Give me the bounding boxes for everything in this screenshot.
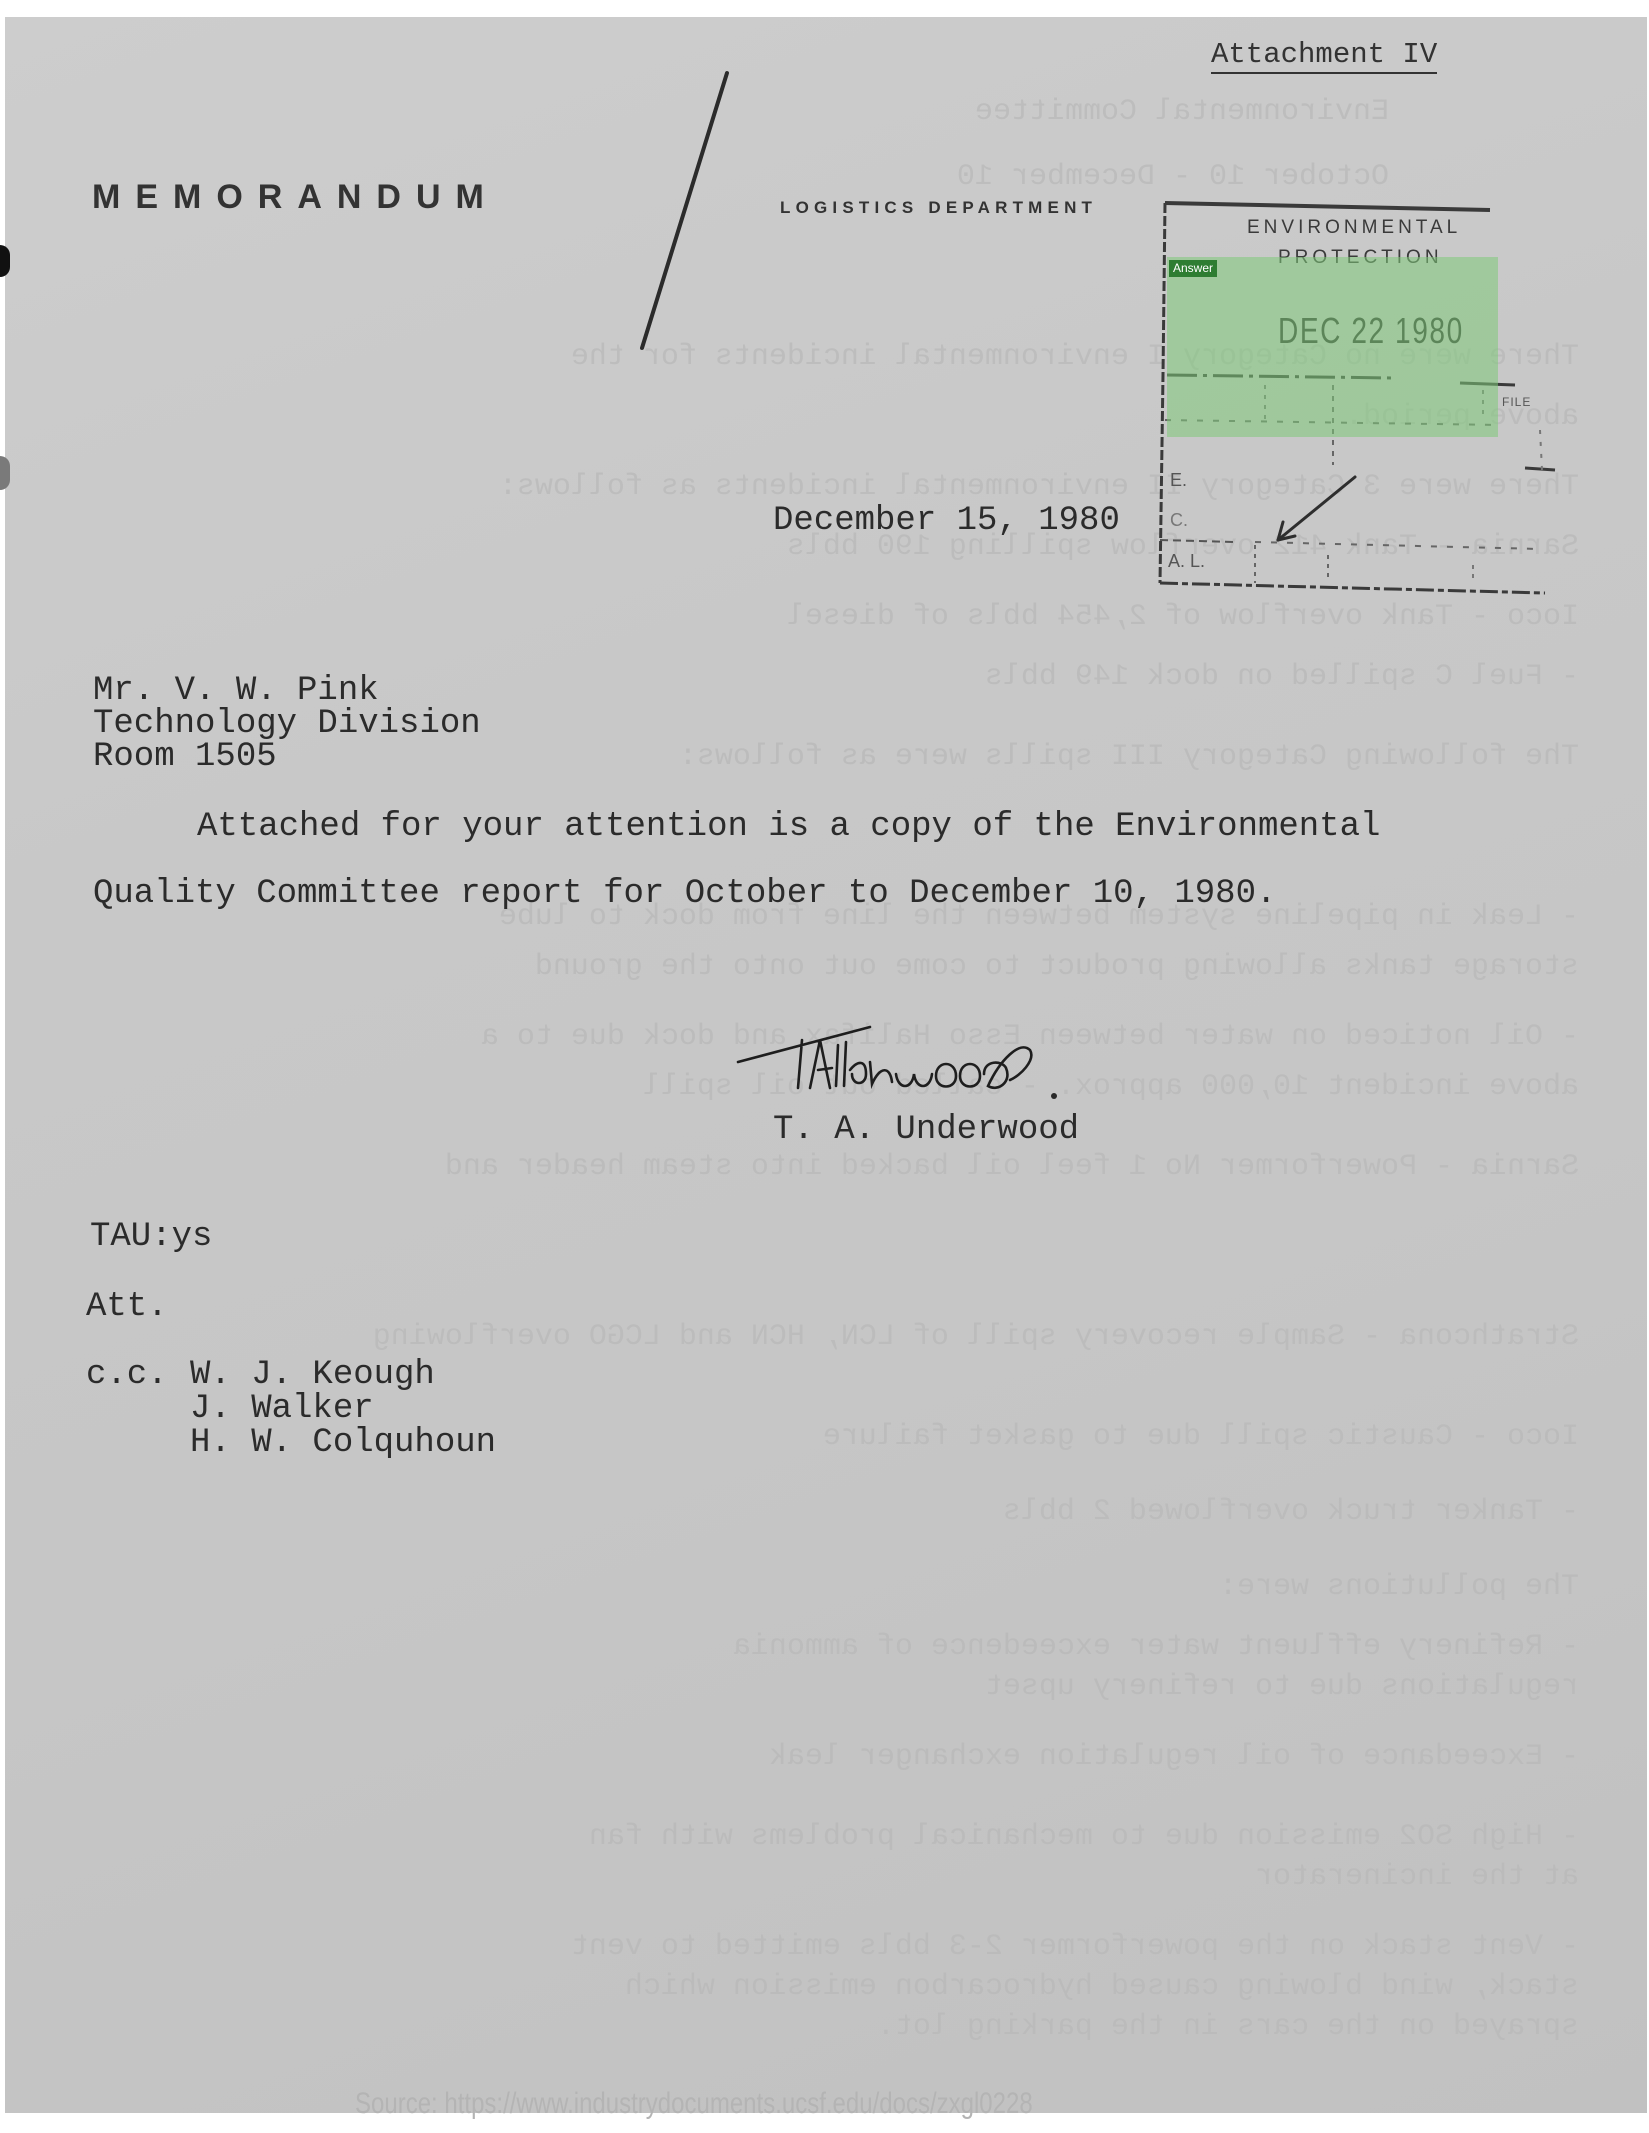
signatory-name: T. A. Underwood	[773, 1113, 1079, 1147]
body-line-1: Attached for your attention is a copy of…	[197, 810, 1380, 844]
recipient-room: Room 1505	[93, 740, 277, 774]
source-footer: Source: https://www.industrydocuments.uc…	[355, 2087, 1033, 2121]
stamp-routing-label: E.	[1170, 470, 1187, 491]
reference-initials: TAU:ys	[90, 1220, 212, 1254]
cc-recipient: W. J. Keough	[190, 1358, 435, 1392]
body-line-2: Quality Committee report for October to …	[93, 877, 1276, 911]
stamp-routing-label: C.	[1170, 510, 1188, 531]
cc-recipient: J. Walker	[190, 1392, 374, 1426]
answer-tag: Answer	[1169, 260, 1217, 277]
stamp-line-environmental: ENVIRONMENTAL	[1247, 217, 1461, 239]
memo-date: December 15, 1980	[773, 504, 1120, 538]
stamp-file-label: FILE	[1502, 395, 1531, 409]
recipient-division: Technology Division	[93, 707, 481, 741]
handwritten-signature	[738, 1027, 1031, 1088]
cc-recipient: H. W. Colquhoun	[190, 1426, 496, 1460]
cc-label: c.c.	[86, 1358, 168, 1392]
recipient-name: Mr. V. W. Pink	[93, 674, 379, 708]
attachment-note: Att.	[86, 1290, 168, 1324]
answer-highlight-box	[1167, 257, 1498, 437]
header-divider-slash	[642, 73, 727, 348]
signature-dot	[1051, 1093, 1057, 1099]
stamp-routing-label: A. L.	[1168, 551, 1205, 572]
arrow-mark	[1278, 477, 1355, 540]
